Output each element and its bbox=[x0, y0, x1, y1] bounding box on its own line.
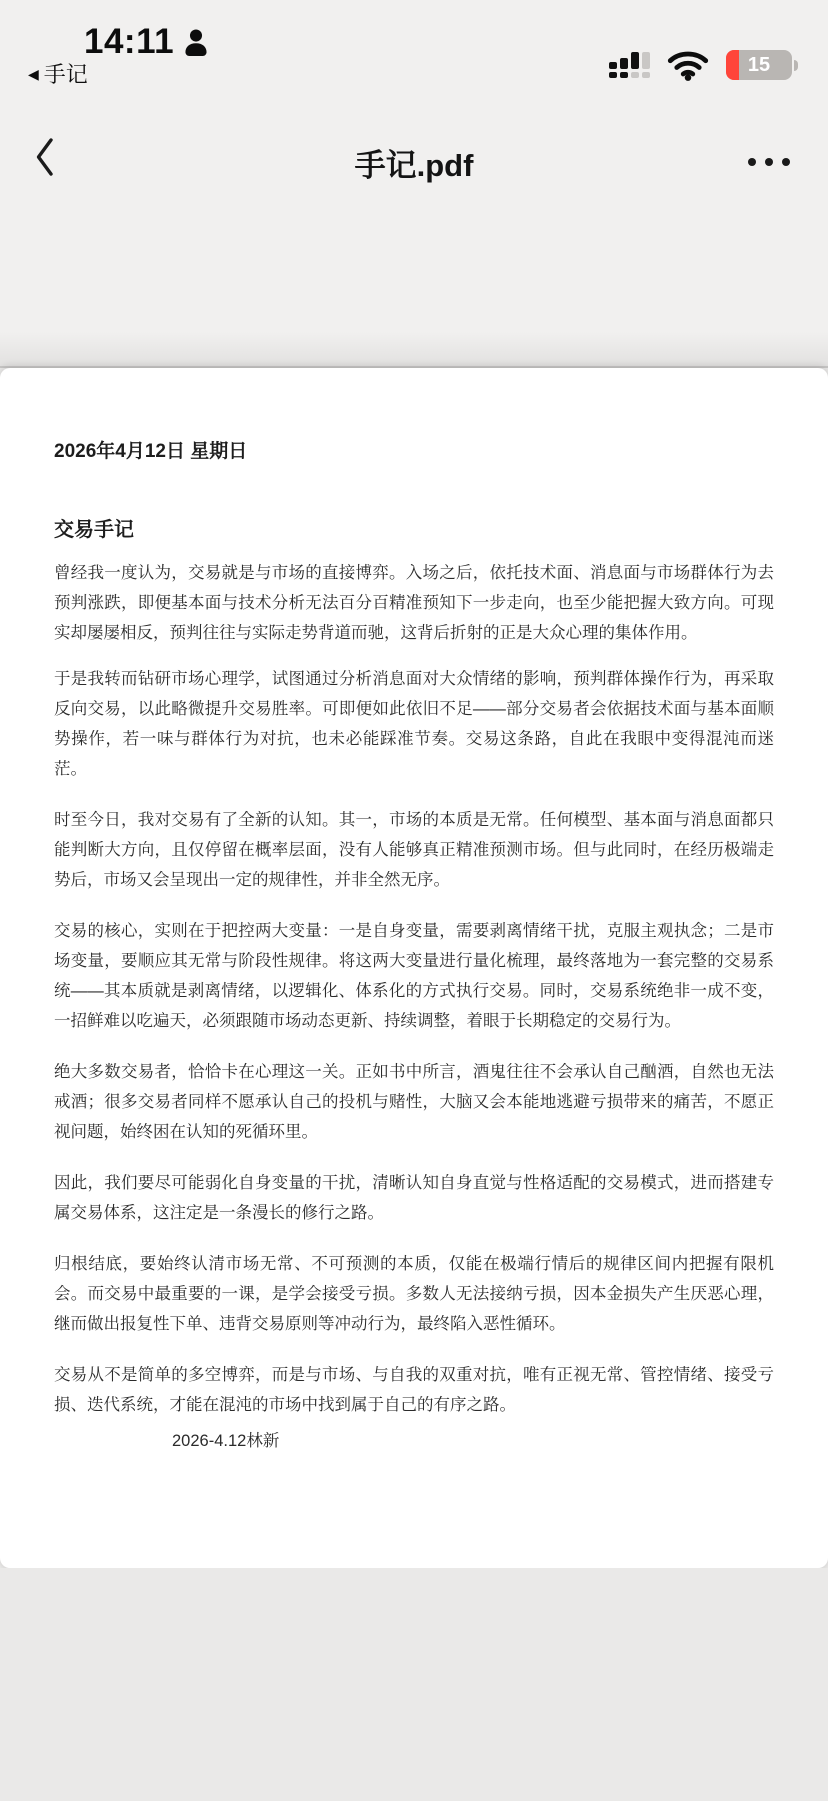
battery-icon: 15 bbox=[726, 50, 798, 80]
battery-percent: 15 bbox=[726, 50, 792, 80]
file-title: 手记.pdf bbox=[0, 140, 828, 185]
document-signature: 2026-4.12林新 bbox=[172, 1426, 774, 1456]
more-button[interactable] bbox=[748, 150, 790, 174]
paragraph: 时至今日，我对交易有了全新的认知。其一，市场的本质是无常。任何模型、基本面与消息… bbox=[54, 805, 774, 895]
status-time: 14:11 bbox=[84, 22, 174, 62]
viewer-background bbox=[0, 1568, 828, 1801]
status-bar-time-row: 14:11 bbox=[84, 22, 209, 62]
nav-bar: 手记.pdf bbox=[0, 126, 828, 190]
paragraph: 于是我转而钻研市场心理学，试图通过分析消息面对大众情绪的影响，预判群体操作行为，… bbox=[54, 664, 774, 784]
pdf-page[interactable]: 2026年4月12日 星期日 交易手记 曾经我一度认为，交易就是与市场的直接博弈… bbox=[0, 368, 828, 1568]
paragraph: 交易从不是简单的多空博弈，而是与市场、与自我的双重对抗，唯有正视无常、管控情绪、… bbox=[54, 1360, 774, 1420]
back-to-app-triangle-icon: ◀ bbox=[28, 67, 39, 81]
paragraph: 曾经我一度认为，交易就是与市场的直接博弈。入场之后，依托技术面、消息面与市场群体… bbox=[54, 558, 774, 648]
paragraph: 归根结底，要始终认清市场无常、不可预测的本质，仅能在极端行情后的规律区间内把握有… bbox=[54, 1249, 774, 1339]
top-chrome: 14:11 ◀ 手记 bbox=[0, 0, 828, 368]
ellipsis-icon bbox=[748, 158, 756, 166]
focus-person-icon bbox=[183, 28, 209, 56]
back-to-app-label: 手记 bbox=[44, 58, 88, 89]
screen: 14:11 ◀ 手记 bbox=[0, 0, 828, 1801]
paragraph: 因此，我们要尽可能弱化自身变量的干扰，清晰认知自身直觉与性格适配的交易模式，进而… bbox=[54, 1168, 774, 1228]
document-date-heading: 2026年4月12日 星期日 bbox=[54, 368, 774, 463]
back-to-app-breadcrumb[interactable]: ◀ 手记 bbox=[28, 58, 88, 89]
status-bar-right: 15 bbox=[609, 48, 798, 82]
cellular-signal-icon bbox=[609, 52, 650, 78]
paragraph: 交易的核心，实则在于把控两大变量：一是自身变量，需要剥离情绪干扰，克服主观执念；… bbox=[54, 916, 774, 1036]
battery-nub bbox=[794, 60, 798, 71]
document-title: 交易手记 bbox=[54, 513, 774, 542]
wifi-icon bbox=[665, 48, 711, 82]
paragraph: 绝大多数交易者，恰恰卡在心理这一关。正如书中所言，酒鬼往往不会承认自己酗酒，自然… bbox=[54, 1057, 774, 1147]
